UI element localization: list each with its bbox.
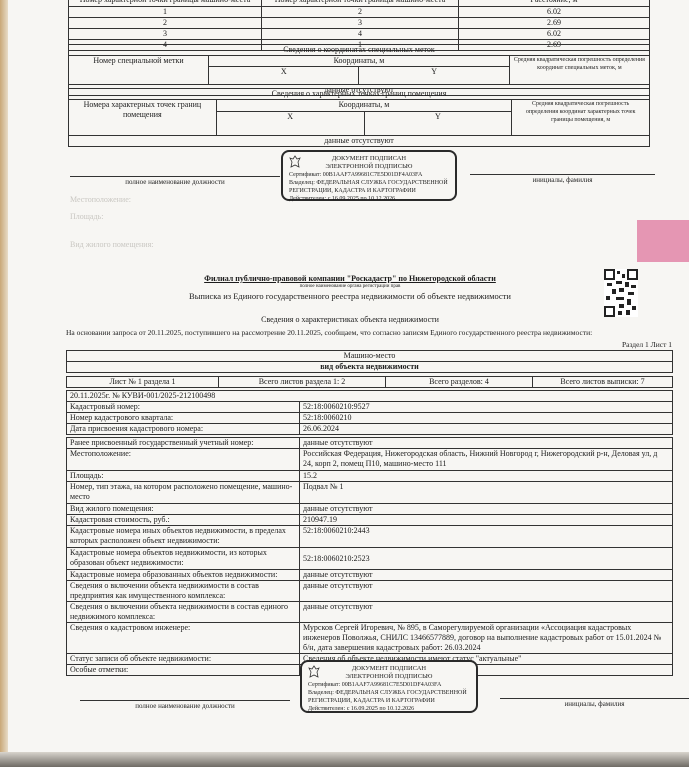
field-value: данные отсутствуют xyxy=(300,438,673,449)
position-label-bottom: полное наименование должности xyxy=(80,702,290,710)
total-sheets: Всего листов выписки: 7 xyxy=(533,377,673,388)
table-row: Вид жилого помещения: данные отсутствуют xyxy=(67,504,673,515)
boundary-points-number-header: Номера характерных точек границ помещени… xyxy=(69,100,217,136)
parent-object-value: 52:18:0060210:2443 xyxy=(300,526,673,548)
field-label: Площадь: xyxy=(67,471,300,482)
eagle-emblem-icon xyxy=(308,665,320,679)
request-basis: На основании запроса от 20.11.2025, пост… xyxy=(66,328,686,337)
point-to: 2 xyxy=(262,7,459,18)
field-label: Сведения о включении объекта недвижимост… xyxy=(67,581,300,602)
bleed-through-text: Местоположение: xyxy=(70,195,131,204)
stamp-subtitle: ЭЛЕКТРОННОЙ ПОДПИСЬЮ xyxy=(289,163,449,171)
signature-line-bottom xyxy=(80,700,290,701)
field-label: Статус записи об объекте недвижимости: xyxy=(67,654,300,665)
field-value: данные отсутствуют xyxy=(300,602,673,623)
field-label: Сведения о кадастровом инженере: xyxy=(67,623,300,654)
qr-code-icon xyxy=(603,268,639,318)
field-label: Кадастровая стоимость, руб.: xyxy=(67,515,300,526)
boundary-points-title: Сведения о характерных точках границ пом… xyxy=(69,89,650,100)
sheet-info-table: Лист № 1 раздела 1 Всего листов раздела … xyxy=(66,376,673,388)
field-value: данные отсутствуют xyxy=(300,581,673,602)
stamp-owner-2: РЕГИСТРАЦИИ, КАДАСТРА И КАРТОГРАФИИ xyxy=(289,187,449,195)
point-to: 4 xyxy=(262,29,459,40)
field-label: Дата присвоения кадастрового номера: xyxy=(67,424,300,435)
point-from: 1 xyxy=(69,7,262,18)
stamp-owner: Владелец: ФЕДЕРАЛЬНАЯ СЛУЖБА ГОСУДАРСТВЕ… xyxy=(308,689,470,697)
stamp-owner: Владелец: ФЕДЕРАЛЬНАЯ СЛУЖБА ГОСУДАРСТВЕ… xyxy=(289,179,449,187)
stamp-validity: Действителен: с 16.09.2025 по 10.12.2026 xyxy=(308,705,470,713)
name-label-bottom: инициалы, фамилия xyxy=(500,700,689,708)
y-header: Y xyxy=(364,112,512,136)
section-title: Сведения о характеристиках объекта недви… xyxy=(150,315,550,324)
table-row: Дата присвоения кадастрового номера: 26.… xyxy=(67,424,673,435)
name-label-top: инициалы, фамилия xyxy=(470,176,655,184)
stamp-subtitle: ЭЛЕКТРОННОЙ ПОДПИСЬЮ xyxy=(308,673,470,681)
floor-value: Подвал № 1 xyxy=(300,482,673,504)
field-label: Ранее присвоенный государственный учетны… xyxy=(67,438,300,449)
eagle-emblem-icon xyxy=(289,155,301,169)
special-marks-title: Сведения о координатах специальных меток xyxy=(69,45,650,56)
table-row: Сведения о включении объекта недвижимост… xyxy=(67,602,673,623)
table-row: 2 3 2.69 xyxy=(69,18,650,29)
boundary-points-empty: данные отсутствуют xyxy=(69,136,650,147)
cadastral-info-table-b: Ранее присвоенный государственный учетны… xyxy=(66,437,673,676)
cadastral-engineer-value: Мурсков Сергей Игоревич, № 895, в Саморе… xyxy=(300,623,673,654)
cadastral-info-table-a: 20.11.2025г. № КУВИ-001/2025-212100498 К… xyxy=(66,390,673,435)
table-row: Сведения о включении объекта недвижимост… xyxy=(67,581,673,602)
table-row: Кадастровые номера образованных объектов… xyxy=(67,570,673,581)
bleed-through-text: Площадь: xyxy=(70,212,103,221)
total-sections: Всего разделов: 4 xyxy=(386,377,533,388)
field-label: Сведения о включении объекта недвижимост… xyxy=(67,602,300,623)
object-type-table: Машино-место вид объекта недвижимости xyxy=(66,350,673,373)
field-label: Местоположение: xyxy=(67,449,300,471)
total-sheets-section: Всего листов раздела 1: 2 xyxy=(219,377,386,388)
distance: 6.02 xyxy=(459,7,650,18)
photo-bottom-edge xyxy=(0,752,689,767)
table-row: Кадастровая стоимость, руб.: 210947.19 xyxy=(67,515,673,526)
pink-sticker xyxy=(637,220,689,262)
position-label-top: полное наименование должности xyxy=(70,178,280,186)
field-label: Кадастровые номера образованных объектов… xyxy=(67,570,300,581)
paper-edge xyxy=(0,0,8,767)
sheet-number: Лист № 1 раздела 1 xyxy=(67,377,219,388)
signature-line-bottom-name xyxy=(500,698,689,699)
field-value: данные отсутствуют xyxy=(300,504,673,515)
e-signature-stamp-bottom: ДОКУМЕНТ ПОДПИСАН ЭЛЕКТРОННОЙ ПОДПИСЬЮ С… xyxy=(300,660,478,713)
error-header: Средняя квадратическая погрешность опред… xyxy=(509,56,649,85)
stamp-title: ДОКУМЕНТ ПОДПИСАН xyxy=(289,155,449,163)
coords-header: Координаты, м xyxy=(209,56,510,67)
quarter-number-value: 52:18:0060210 xyxy=(300,413,673,424)
e-signature-stamp-top: ДОКУМЕНТ ПОДПИСАН ЭЛЕКТРОННОЙ ПОДПИСЬЮ С… xyxy=(281,150,457,201)
field-label: Кадастровый номер: xyxy=(67,402,300,413)
object-type-caption: вид объекта недвижимости xyxy=(67,362,673,373)
distance: 6.02 xyxy=(459,29,650,40)
point-from: 2 xyxy=(69,18,262,29)
source-object-value: 52:18:0060210:2523 xyxy=(300,548,673,570)
table-row: Кадастровые номера объектов недвижимости… xyxy=(67,548,673,570)
section-sheet-label: Раздел 1 Лист 1 xyxy=(560,340,672,349)
signature-line-top-name xyxy=(470,174,655,175)
x-header: X xyxy=(216,112,364,136)
stamp-owner-2: РЕГИСТРАЦИИ, КАДАСТРА И КАРТОГРАФИИ xyxy=(308,697,470,705)
stamp-title: ДОКУМЕНТ ПОДПИСАН xyxy=(308,665,470,673)
org-name: Филиал публично-правовой компании "Роска… xyxy=(150,274,550,283)
field-label: Номер, тип этажа, на котором расположено… xyxy=(67,482,300,504)
table-row: Номер, тип этажа, на котором расположено… xyxy=(67,482,673,504)
table-row: Сведения о кадастровом инженере: Мурсков… xyxy=(67,623,673,654)
location-value: Российская Федерация, Нижегородская обла… xyxy=(300,449,673,471)
table-row: Местоположение: Российская Федерация, Ни… xyxy=(67,449,673,471)
table-row: Номер кадастрового квартала: 52:18:00602… xyxy=(67,413,673,424)
object-type-value: Машино-место xyxy=(67,351,673,362)
table-row: 3 4 6.02 xyxy=(69,29,650,40)
table-row: Кадастровый номер: 52:18:0060210:9527 xyxy=(67,402,673,413)
request-reference: 20.11.2025г. № КУВИ-001/2025-212100498 xyxy=(67,391,673,402)
table-row: 1 2 6.02 xyxy=(69,7,650,18)
stamp-cert: Сертификат: 00B1AAF7A99681C7E5D01DF4A03F… xyxy=(308,681,470,689)
distance: 2.69 xyxy=(459,18,650,29)
boundary-points-table: Сведения о характерных точках границ пом… xyxy=(68,88,650,147)
special-mark-number-header: Номер специальной метки xyxy=(69,56,209,85)
point-to: 3 xyxy=(262,18,459,29)
coords-header: Координаты, м xyxy=(216,100,512,112)
x-header: X xyxy=(209,67,359,85)
table-row: Площадь: 15.2 xyxy=(67,471,673,482)
field-label: Кадастровые номера объектов недвижимости… xyxy=(67,548,300,570)
stamp-validity: Действителен: с 16.09.2025 по 10.12.2026 xyxy=(289,195,449,203)
field-label: Особые отметки: xyxy=(67,665,300,676)
table-row: Кадастровые номера иных объектов недвижи… xyxy=(67,526,673,548)
area-value: 15.2 xyxy=(300,471,673,482)
assignment-date-value: 26.06.2024 xyxy=(300,424,673,435)
table-row: Ранее присвоенный государственный учетны… xyxy=(67,438,673,449)
field-label: Кадастровые номера иных объектов недвижи… xyxy=(67,526,300,548)
field-label: Вид жилого помещения: xyxy=(67,504,300,515)
bleed-through-text: Вид жилого помещения: xyxy=(70,240,154,249)
field-label: Номер кадастрового квартала: xyxy=(67,413,300,424)
cadastral-value: 210947.19 xyxy=(300,515,673,526)
y-header: Y xyxy=(359,67,509,85)
stamp-cert: Сертификат: 00B1AAF7A99681C7E5D01DF4A03F… xyxy=(289,171,449,179)
point-from: 3 xyxy=(69,29,262,40)
cadastral-number-value: 52:18:0060210:9527 xyxy=(300,402,673,413)
org-caption: полное наименование органа регистрации п… xyxy=(150,284,550,289)
error-header: Средняя квадратическая погрешность опред… xyxy=(512,100,650,136)
field-value: данные отсутствуют xyxy=(300,570,673,581)
signature-line-top xyxy=(70,176,280,177)
document-title: Выписка из Единого государственного реес… xyxy=(110,291,590,301)
